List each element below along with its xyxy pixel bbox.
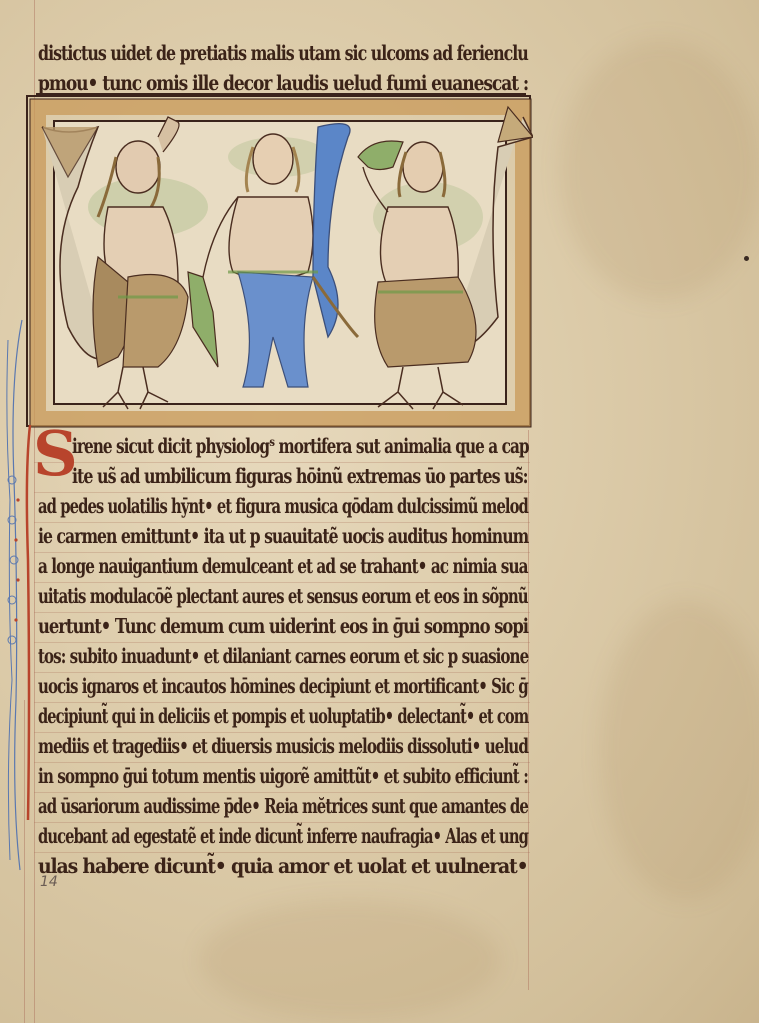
text-line-9: uocis ignaros et incautos hōmines decipi… [38,675,528,699]
parchment-stain [200,900,500,1020]
ruling-line [34,552,530,553]
ruling-line [34,582,530,583]
ruling-line [34,462,530,463]
parchment-stain [600,600,759,900]
text-line-4: ie carmen emittunt• ita ut p suauitatẽ … [38,525,528,549]
text-line-5: a longe nauigantium demulceant et ad se … [38,555,528,579]
text-line-15: ulas habere dicunt̃• quia amor et uolat … [38,855,527,879]
text-line-11: mediis et tragediis• et diuersis musicis… [38,735,528,759]
ruling-line [34,822,530,823]
folio-number: 14 [40,874,58,890]
manuscript-page: distictus uidet de pretiatis malis utam … [0,0,759,1023]
text-line-1: irene sicut dicit physiologˢ mortifera s… [72,435,529,459]
ruling-line [34,672,530,673]
ink-spot [744,256,749,261]
text-line-8: tos: subito inuadunt• et dilaniant carne… [38,645,528,669]
ruling-line [34,642,530,643]
text-line-14: ducebant ad egestatẽ et inde dicunt̃ in… [38,825,528,849]
text-line-7: uertunt• Tunc demum cum uiderint eos in … [38,615,528,639]
text-line-top-1: distictus uidet de pretiatis malis utam … [38,42,528,66]
ruling-line [34,732,530,733]
text-line-12: in sompno ḡui totum mentis uigorẽ amit… [38,765,528,789]
decorated-initial-s: S [33,425,75,483]
ruling-line [34,792,530,793]
sirens-illustration [26,95,531,427]
text-line-3: ad pedes uolatilis hȳnt• et figura music… [38,495,528,519]
ruling-line [34,612,530,613]
ruling-line [34,492,530,493]
text-line-2: ite us̃ ad umbilicum figuras hōinũ extr… [72,465,527,489]
parchment-stain [560,40,759,300]
sirens-drawing [28,97,533,429]
ruling-line [34,762,530,763]
text-line-10: decipiunt̃ qui in deliciis et pompis et … [38,705,528,729]
text-line-6: uitatis modulacōẽ plectant aures et sen… [38,585,528,609]
text-line-13: ad ūsariorum audissime p̄de• Reia mĕtri… [38,795,528,819]
ruling-line [34,852,530,853]
ruling-line [34,522,530,523]
ruling-line [34,702,530,703]
